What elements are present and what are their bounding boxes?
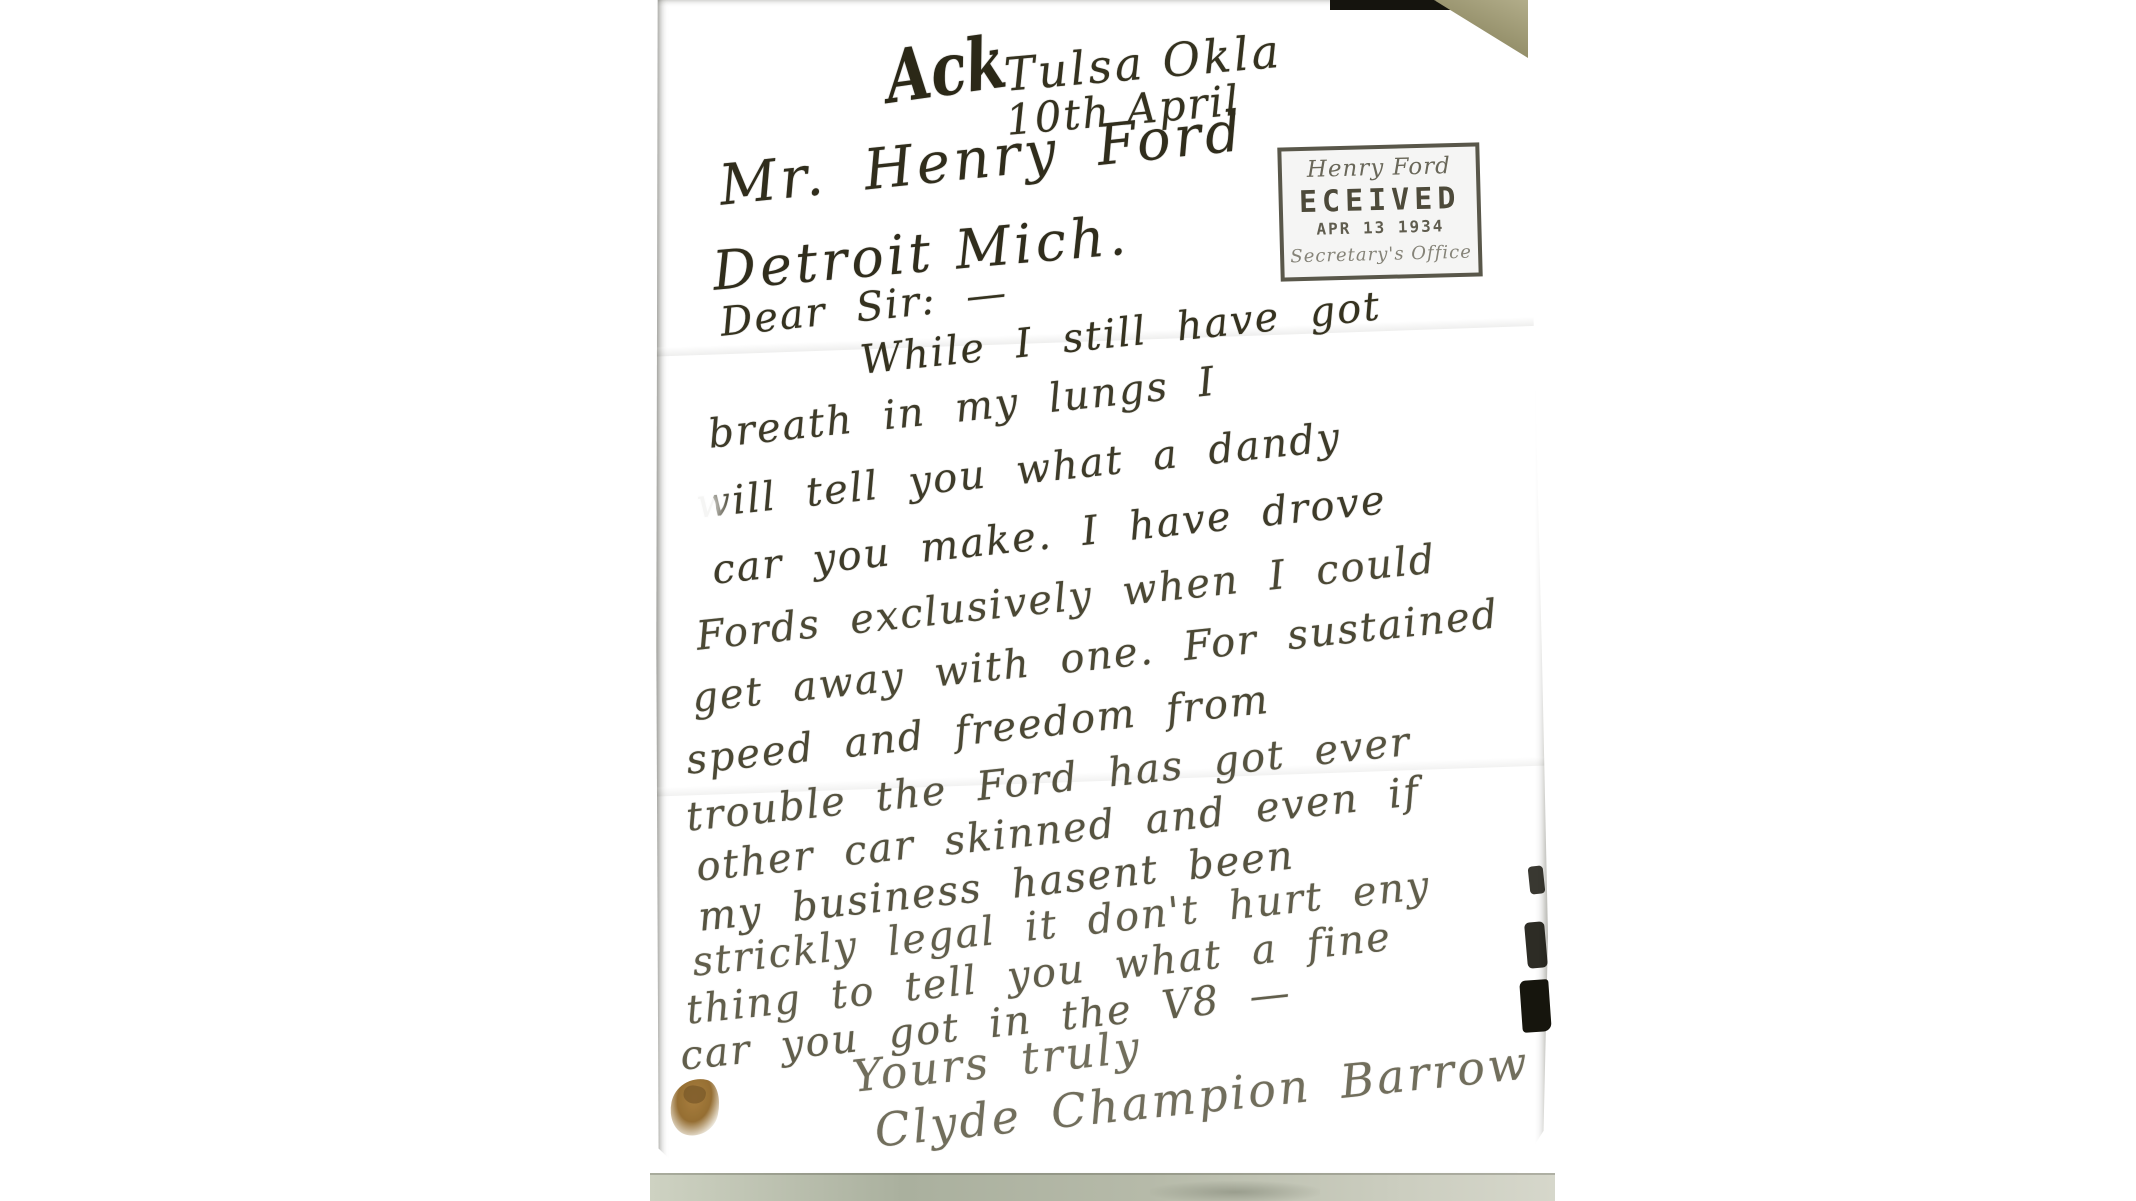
photo-bottom-band xyxy=(650,1173,1555,1201)
letter-photo-page: Ack Tulsa Okla 10th April Mr. Henry Ford… xyxy=(0,0,2136,1201)
glare-dot xyxy=(688,360,699,373)
stamp-date: APR 13 1934 xyxy=(1316,216,1444,238)
stamp-office-label: Secretary's Office xyxy=(1290,242,1472,268)
office-scribble: Ack xyxy=(880,19,1011,120)
newsprint-fragment xyxy=(1519,979,1552,1033)
received-stamp: Henry Ford ECEIVED APR 13 1934 Secretary… xyxy=(1277,142,1482,281)
paper-stain-core xyxy=(682,1084,707,1106)
newsprint-fragment xyxy=(1528,865,1546,894)
glare-dot xyxy=(690,492,716,522)
stamp-handwritten-name: Henry Ford xyxy=(1307,153,1452,183)
stamp-received-label: ECEIVED xyxy=(1299,181,1461,220)
band-smudge xyxy=(1150,1181,1320,1201)
newsprint-fragment xyxy=(1524,921,1548,969)
